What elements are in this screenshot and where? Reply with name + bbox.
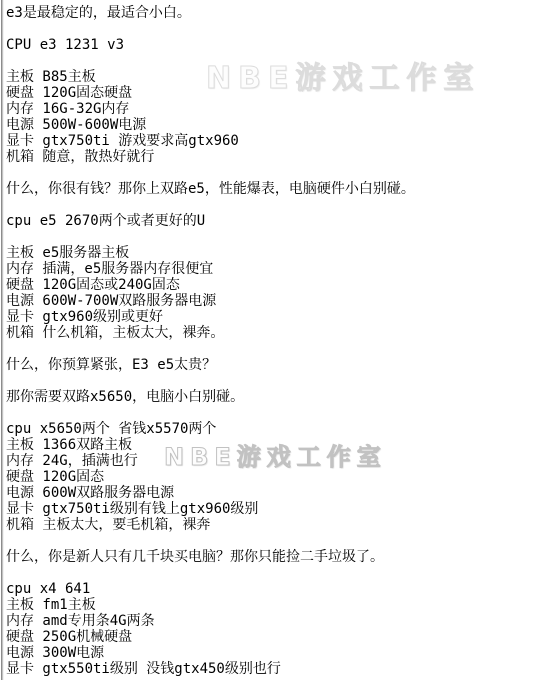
text-line: 显卡 gtx750ti 游戏要求高gtx960 — [6, 133, 550, 149]
text-line — [6, 229, 550, 245]
text-line: 硬盘 120G固态硬盘 — [6, 85, 550, 101]
text-line: 什么，你预算紧张，E3 e5太贵？ — [6, 357, 550, 373]
text-line: 电源 600W双路服务器电源 — [6, 485, 550, 501]
text-line — [6, 373, 550, 389]
text-line: cpu x5650两个 省钱x5570两个 — [6, 421, 550, 437]
text-line: cpu e5 2670两个或者更好的U — [6, 213, 550, 229]
text-line: 主板 fm1主板 — [6, 597, 550, 613]
text-line: 显卡 gtx750ti级别有钱上gtx960级别 — [6, 501, 550, 517]
text-line: 什么，你很有钱？那你上双路e5，性能爆表，电脑硬件小白别碰。 — [6, 181, 550, 197]
document-text: e3是最稳定的，最适合小白。CPU e3 1231 v3主板 B85主板硬盘 1… — [6, 5, 550, 677]
text-line: 什么，你是新人只有几千块买电脑？那你只能捡二手垃圾了。 — [6, 549, 550, 565]
text-line: CPU e3 1231 v3 — [6, 37, 550, 53]
text-line — [6, 341, 550, 357]
text-line — [6, 197, 550, 213]
text-line: 机箱 主板太大，要毛机箱，裸奔 — [6, 517, 550, 533]
text-line: 电源 500W-600W电源 — [6, 117, 550, 133]
text-line: 电源 600W-700W双路服务器电源 — [6, 293, 550, 309]
text-line — [6, 565, 550, 581]
text-line: 硬盘 120G固态 — [6, 469, 550, 485]
text-line: 内存 16G-32G内存 — [6, 101, 550, 117]
text-line — [6, 533, 550, 549]
text-line: 显卡 gtx550ti级别 没钱gtx450级别也行 — [6, 661, 550, 677]
text-line: 硬盘 250G机械硬盘 — [6, 629, 550, 645]
window-left-border — [0, 0, 5, 680]
text-line: 硬盘 120G固态或240G固态 — [6, 277, 550, 293]
text-line: 那你需要双路x5650，电脑小白别碰。 — [6, 389, 550, 405]
text-line — [6, 165, 550, 181]
text-line: 机箱 什么机箱，主板太大，裸奔。 — [6, 325, 550, 341]
text-line: 机箱 随意，散热好就行 — [6, 149, 550, 165]
text-line: 主板 e5服务器主板 — [6, 245, 550, 261]
document-viewport: e3是最稳定的，最适合小白。CPU e3 1231 v3主板 B85主板硬盘 1… — [0, 0, 550, 680]
text-line: cpu x4 641 — [6, 581, 550, 597]
text-line — [6, 405, 550, 421]
text-line — [6, 21, 550, 37]
text-line: 内存 插满，e5服务器内存很便宜 — [6, 261, 550, 277]
text-line: 主板 1366双路主板 — [6, 437, 550, 453]
text-line: 主板 B85主板 — [6, 69, 550, 85]
text-line: e3是最稳定的，最适合小白。 — [6, 5, 550, 21]
text-line: 内存 amd专用条4G两条 — [6, 613, 550, 629]
text-line — [6, 53, 550, 69]
text-line: 内存 24G，插满也行 — [6, 453, 550, 469]
text-line: 显卡 gtx960级别或更好 — [6, 309, 550, 325]
text-line: 电源 300W电源 — [6, 645, 550, 661]
